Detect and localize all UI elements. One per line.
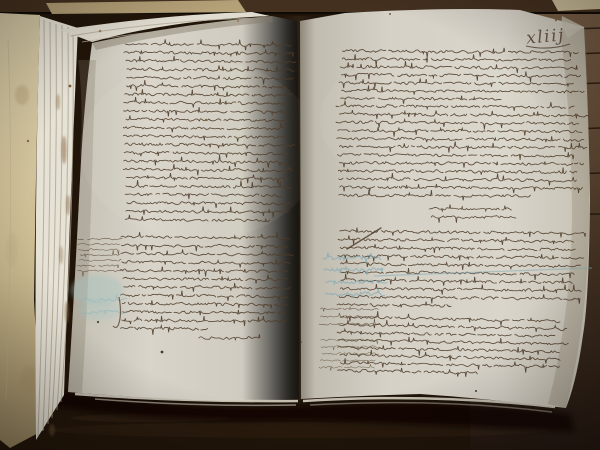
ink-speck bbox=[555, 19, 557, 21]
ink-speck bbox=[97, 321, 99, 323]
ink-speck bbox=[389, 13, 391, 15]
ink-speck bbox=[69, 85, 72, 88]
manuscript-photograph: xliij bbox=[0, 0, 600, 450]
right-page-highlight bbox=[320, 50, 540, 190]
ink-speck bbox=[99, 30, 102, 33]
scene-canvas: xliij bbox=[0, 0, 600, 450]
ink-speck bbox=[475, 390, 477, 392]
gutter-line bbox=[299, 20, 300, 398]
folio-number-group: xliij bbox=[525, 25, 570, 48]
ink-speck bbox=[161, 351, 164, 354]
ink-speck bbox=[237, 20, 239, 22]
folio-number: xliij bbox=[525, 25, 565, 48]
ink-speck bbox=[205, 119, 207, 121]
ink-speck bbox=[300, 341, 302, 343]
ink-speck bbox=[27, 140, 29, 142]
